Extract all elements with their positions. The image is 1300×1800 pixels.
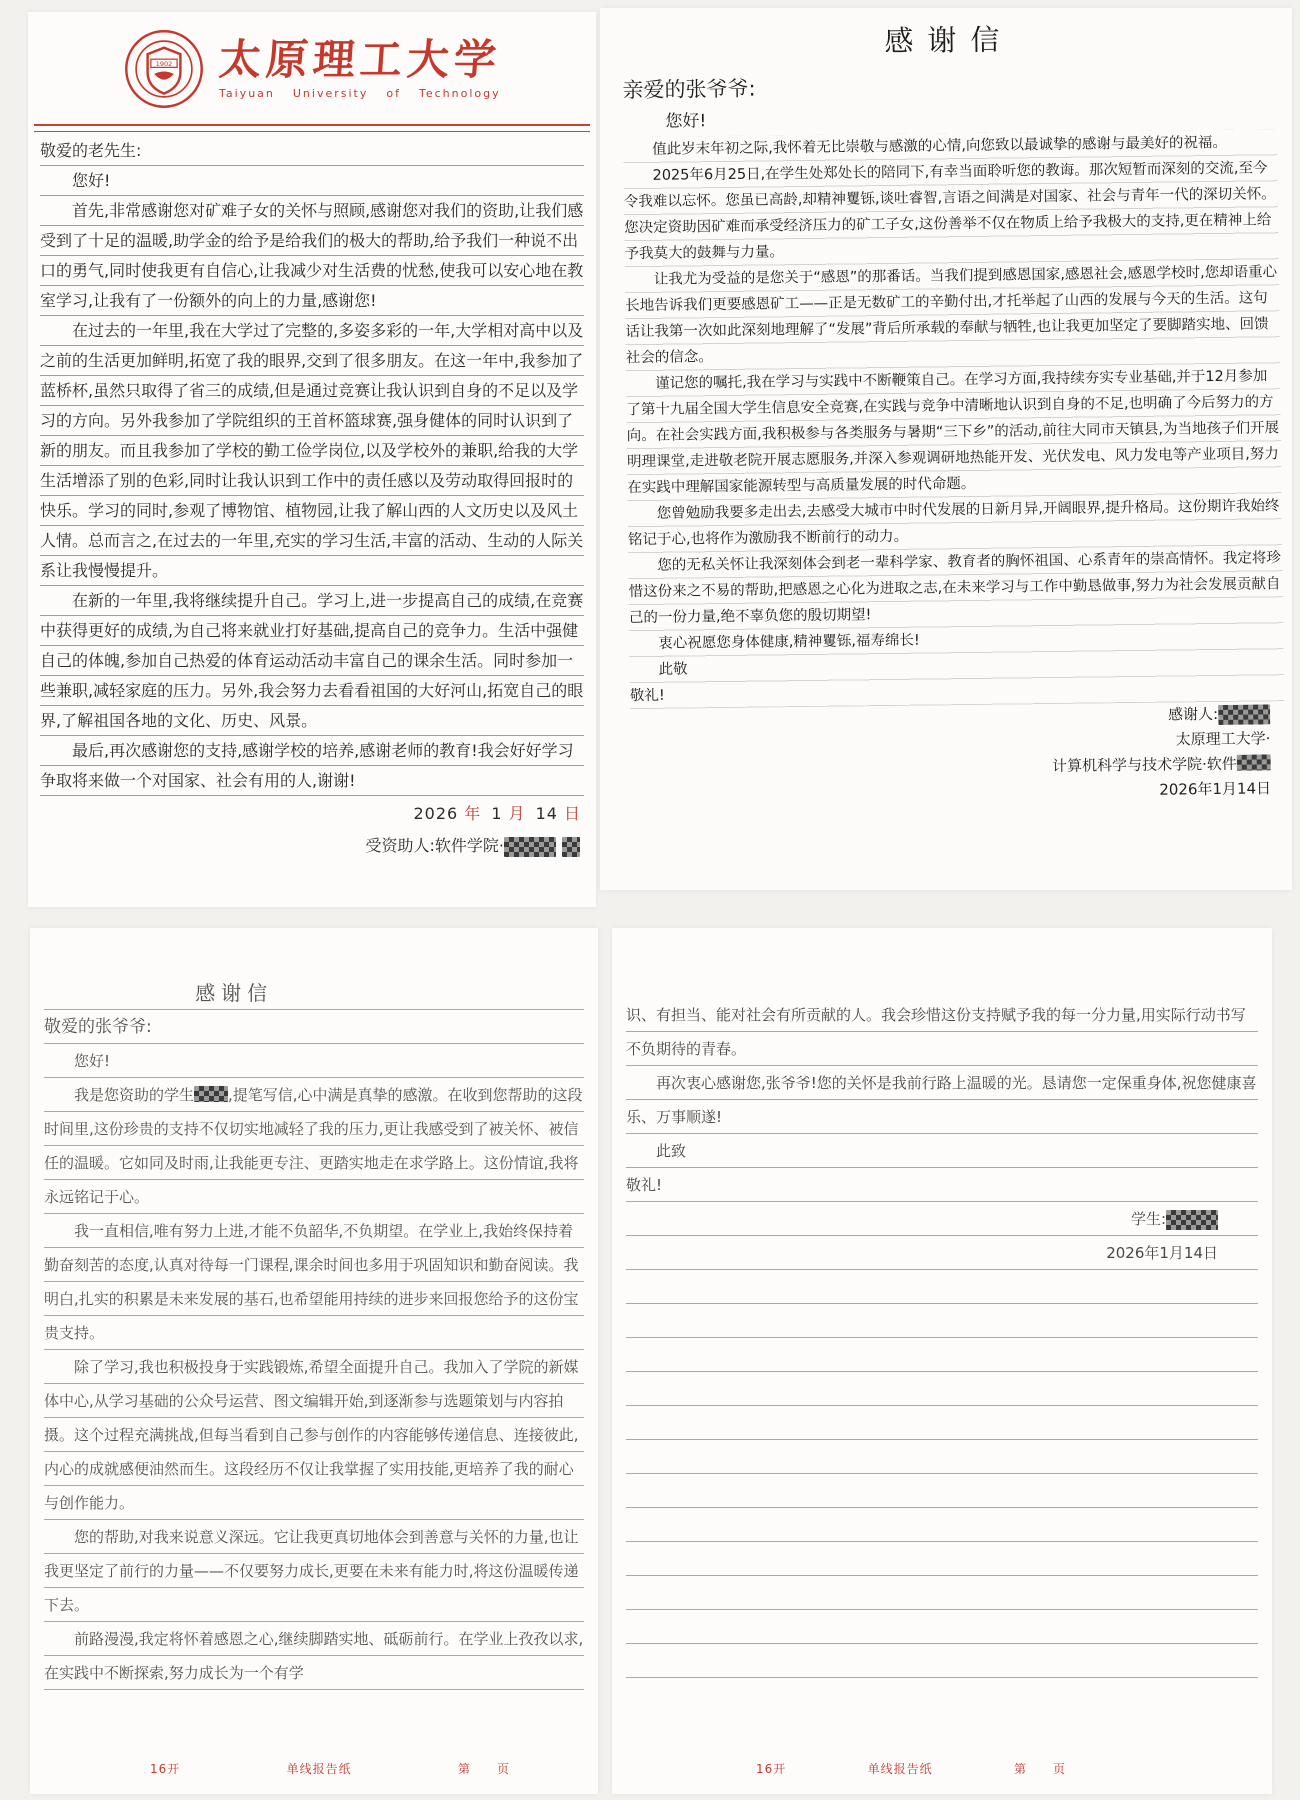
- redacted-name: [562, 837, 580, 857]
- university-seal-icon: 1902: [123, 28, 205, 110]
- date-day: 14: [536, 804, 558, 823]
- date-line: 2026年1月14日: [626, 1236, 1258, 1270]
- page-label-suf: 页: [1053, 1760, 1066, 1777]
- paragraph: 再次衷心感谢您,张爷爷!您的关怀是我前行路上温暖的光。恳请您一定保重身体,祝您健…: [626, 1066, 1258, 1134]
- paper-size: 16开: [756, 1760, 786, 1777]
- paragraph-continuation: 识、有担当、能对社会有所贡献的人。我会珍惜这份支持赋予我的每一分力量,用实际行动…: [626, 998, 1258, 1066]
- page-label-suf: 页: [497, 1760, 510, 1777]
- year-label: 年: [464, 804, 480, 823]
- letterhead: 1902 太原理工大学 Taiyuan University of Techno…: [28, 12, 596, 110]
- letter-title: 感谢信: [622, 14, 1276, 63]
- closing-salute: 敬礼!: [626, 1168, 1258, 1202]
- signer-line: 受资助人:软件学院·: [28, 830, 580, 862]
- greeting: 您好!: [44, 1044, 584, 1078]
- page-label-pre: 第: [458, 1760, 471, 1777]
- paragraph: 您的无私关怀让我深刻体会到老一辈科学家、教育者的胸怀祖国、心系青年的崇高情怀。我…: [628, 545, 1283, 631]
- signer-prefix: 受资助人:软件学院·: [366, 836, 504, 855]
- paragraph: 谨记您的嘱托,我在学习与实践中不断鞭策自己。在学习方面,我持续夯实专业基础,并于…: [626, 363, 1282, 501]
- paragraph: 除了学习,我也积极投身于实践锻炼,希望全面提升自己。我加入了学院的新媒体中心,从…: [44, 1350, 584, 1520]
- day-label: 日: [564, 804, 580, 823]
- paragraph: 让我尤为受益的是您关于“感恩”的那番话。当我们提到感恩国家,感恩社会,感恩学校时…: [625, 259, 1280, 371]
- en-word: Taiyuan: [219, 87, 275, 100]
- signer-line: 学生:: [626, 1202, 1258, 1236]
- signature-block: 2026年 1月 14日 受资助人:软件学院·: [28, 798, 580, 862]
- month-label: 月: [509, 804, 525, 823]
- greeting: 您好!: [40, 166, 584, 196]
- paragraph-text: 我是您资助的学生: [74, 1086, 194, 1104]
- paragraph: 在过去的一年里,我在大学过了完整的,多姿多彩的一年,大学相对高中以及之前的生活更…: [40, 316, 584, 586]
- letter-title: 感谢信: [44, 976, 584, 1010]
- letter-university-letterhead: 1902 太原理工大学 Taiyuan University of Techno…: [28, 12, 596, 907]
- paragraph-text: ,提笔写信,心中满是真挚的感激。在收到您帮助的这段时间里,这份珍贵的支持不仅切实…: [44, 1086, 583, 1206]
- paragraph: 最后,再次感谢您的支持,感谢学校的培养,感谢老师的教育!我会好好学习争取将来做一…: [40, 736, 584, 796]
- paragraph: 在新的一年里,我将继续提升自己。学习上,进一步提高自己的成绩,在竞赛中获得更好的…: [40, 586, 584, 736]
- letter-report-paper-left: 感谢信 敬爱的张爷爷: 您好! 我是您资助的学生,提笔写信,心中满是真挚的感激。…: [30, 928, 598, 1794]
- paragraph: 您曾勉励我要多走出去,去感受大城市中时代发展的日新月异,开阔眼界,提升格局。这份…: [628, 493, 1283, 553]
- date-month: 1: [491, 804, 502, 823]
- signer-label: 感谢人:: [1168, 705, 1218, 724]
- paper-footer-left: 16开 单线报告纸 第 页: [150, 1760, 510, 1777]
- paragraph: 您的帮助,对我来说意义深远。它让我更真切地体会到善意与关怀的力量,也让我更坚定了…: [44, 1520, 584, 1622]
- redacted-name: [1218, 704, 1270, 725]
- letter-body: 敬爱的老先生: 您好! 首先,非常感谢您对矿难子女的关怀与照顾,感谢您对我们的资…: [40, 136, 584, 796]
- paper-size: 16开: [150, 1760, 180, 1777]
- letter-thank-you-dense: 感谢信 亲爱的张爷爷: 您好! 值此岁末年初之际,我怀着无比崇敬与感激的心情,向…: [600, 8, 1292, 890]
- paragraph-with-redaction: 我是您资助的学生,提笔写信,心中满是真挚的感激。在收到您帮助的这段时间里,这份珍…: [44, 1078, 584, 1214]
- page-label-pre: 第: [1014, 1760, 1027, 1777]
- paragraph: 前路漫漫,我定将怀着感恩之心,继续脚踏实地、砥砺前行。在学业上孜孜以求,在实践中…: [44, 1622, 584, 1690]
- paper-type: 单线报告纸: [868, 1760, 933, 1777]
- university-name-en: Taiyuan University of Technology: [219, 87, 501, 100]
- letterhead-titles: 太原理工大学 Taiyuan University of Technology: [219, 39, 501, 100]
- letterhead-divider: [34, 124, 590, 132]
- redacted-name: [194, 1086, 228, 1102]
- seal-year: 1902: [156, 60, 173, 68]
- paragraph: 2025年6月25日,在学生处郑处长的陪同下,有幸当面聆听您的教诲。那次短暂而深…: [623, 155, 1278, 267]
- paper-type: 单线报告纸: [287, 1760, 352, 1777]
- date-year: 2026: [414, 804, 459, 823]
- salutation: 敬爱的老先生:: [40, 136, 584, 166]
- letter-report-paper-right: 识、有担当、能对社会有所贡献的人。我会珍惜这份支持赋予我的每一分力量,用实际行动…: [612, 928, 1272, 1794]
- redacted-text: [1237, 754, 1271, 770]
- letter-body: 感谢信 亲爱的张爷爷: 您好! 值此岁末年初之际,我怀着无比崇敬与感激的心情,向…: [600, 8, 1292, 809]
- redacted-name: [504, 837, 556, 857]
- letter-body: 识、有担当、能对社会有所贡献的人。我会珍惜这份支持赋予我的每一分力量,用实际行动…: [626, 998, 1258, 1678]
- signer-org2: 计算机科学与技术学院·软件: [1052, 755, 1237, 775]
- en-word: of: [386, 87, 401, 100]
- date-line: 2026年 1月 14日: [28, 798, 580, 830]
- redacted-name: [1166, 1210, 1218, 1230]
- salutation: 敬爱的张爷爷:: [44, 1010, 584, 1044]
- paragraphs: 值此岁末年初之际,我怀着无比崇敬与感激的心情,向您致以最诚挚的感谢与最美好的祝福…: [623, 129, 1284, 709]
- empty-ruled-lines: [626, 1270, 1258, 1678]
- paragraph: 首先,非常感谢您对矿难子女的关怀与照顾,感谢您对我们的资助,让我们感受到了十足的…: [40, 196, 584, 316]
- letter-body: 感谢信 敬爱的张爷爷: 您好! 我是您资助的学生,提笔写信,心中满是真挚的感激。…: [44, 976, 584, 1690]
- en-word: University: [293, 87, 369, 100]
- paragraph: 我一直相信,唯有努力上进,才能不负韶华,不负期望。在学业上,我始终保持着勤奋刻苦…: [44, 1214, 584, 1350]
- page-field: 第 页: [1014, 1760, 1066, 1777]
- page-field: 第 页: [458, 1760, 510, 1777]
- paper-footer-right: 16开 单线报告纸 第 页: [756, 1760, 1066, 1777]
- signer-label: 学生:: [1131, 1210, 1166, 1228]
- en-word: Technology: [419, 87, 501, 100]
- university-name-cn: 太原理工大学: [218, 39, 503, 81]
- closing: 此致: [626, 1134, 1258, 1168]
- signature-block: 感谢人: 太原理工大学· 计算机科学与技术学院·软件 2026年1月14日: [630, 701, 1285, 809]
